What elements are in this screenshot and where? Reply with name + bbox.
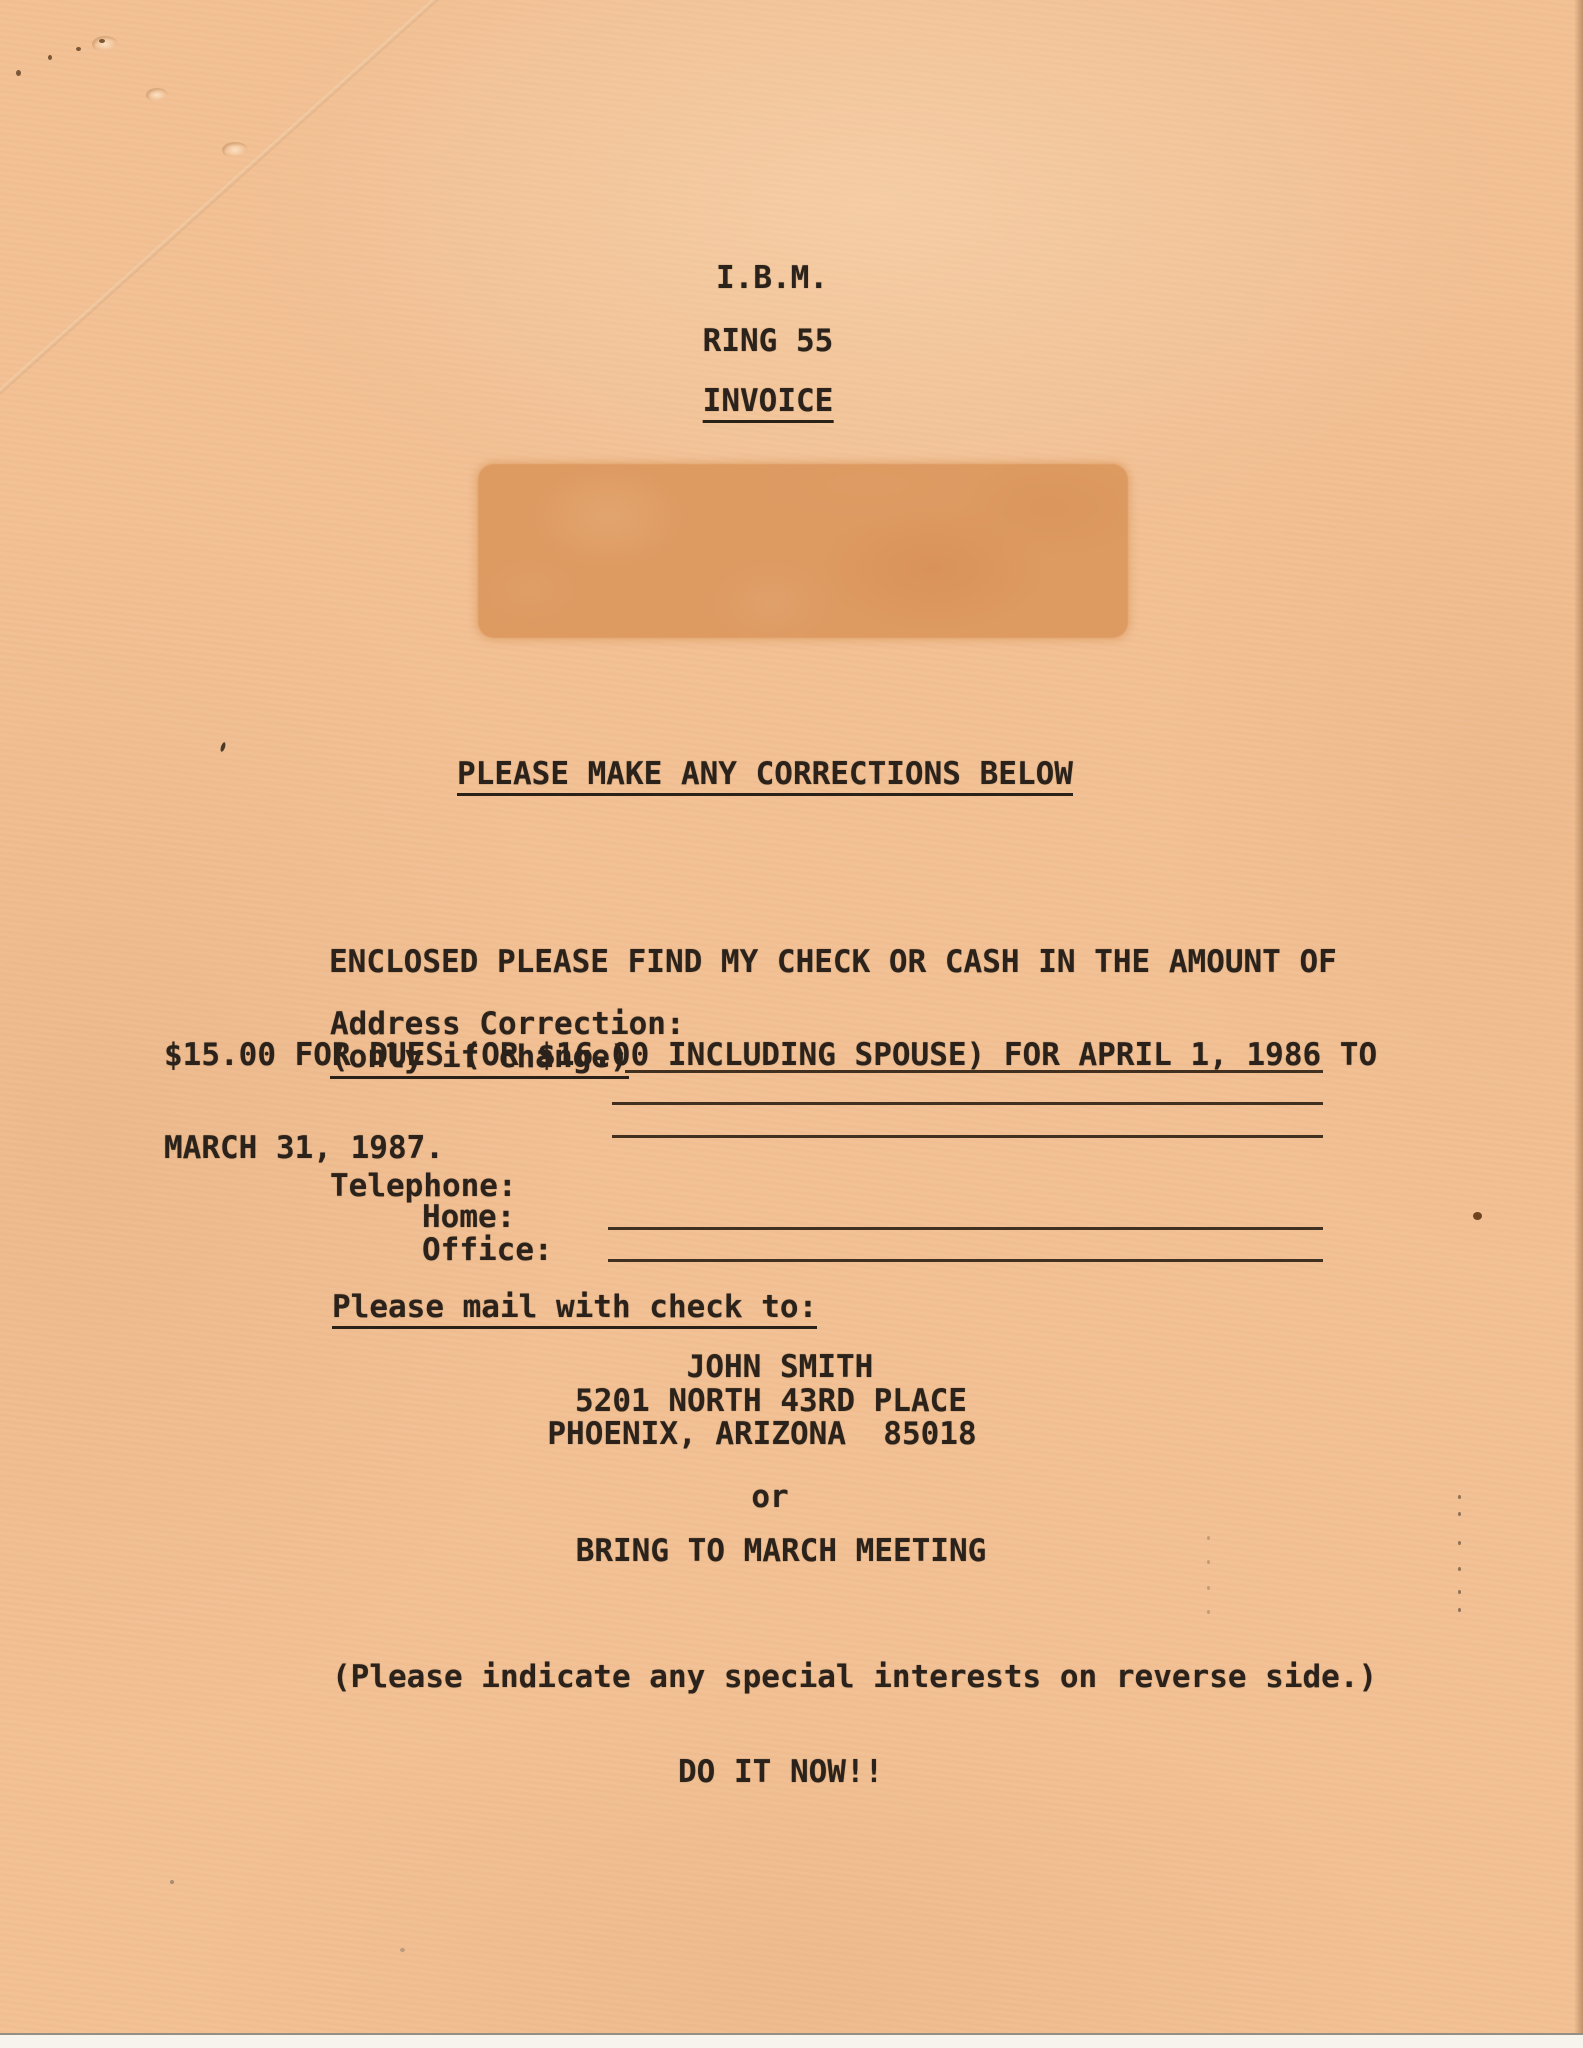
address-write-line-2[interactable] [612, 1102, 1323, 1105]
paper-dent [146, 88, 168, 102]
bring-to-meeting-line: BRING TO MARCH MEETING [576, 1535, 987, 1567]
pen-mark [99, 39, 105, 43]
crease-dotted-line [1458, 1490, 1461, 1620]
pen-mark [48, 55, 52, 60]
paper-dent [222, 142, 248, 158]
address-write-line-1[interactable] [625, 1070, 1323, 1073]
scan-right-edge-shadow [1574, 0, 1583, 2035]
crease-dotted-line-2 [1207, 1533, 1210, 1629]
paper-dent [92, 36, 118, 52]
stray-apostrophe-mark [220, 742, 227, 753]
telephone-office-write-line[interactable] [608, 1259, 1323, 1262]
invoice-page: I.B.M. RING 55 INVOICE PLEASE MAKE ANY C… [0, 0, 1583, 2048]
telephone-home-write-line[interactable] [608, 1227, 1323, 1230]
mail-to-street: 5201 NORTH 43RD PLACE [575, 1385, 967, 1417]
scan-bottom-edge [0, 2033, 1583, 2048]
pen-mark [76, 47, 81, 51]
paper-speck [400, 1948, 405, 1952]
corrections-heading: PLEASE MAKE ANY CORRECTIONS BELOW [457, 758, 1073, 796]
reverse-side-note: (Please indicate any special interests o… [332, 1661, 1377, 1693]
address-correction-label: Address Correction: [330, 1008, 685, 1040]
telephone-home-label: Home: [422, 1201, 515, 1233]
address-correction-sublabel: (only if change) [330, 1041, 629, 1079]
telephone-office-label: Office: [422, 1234, 553, 1266]
pen-mark [16, 70, 21, 76]
document-title: INVOICE [703, 385, 834, 423]
fold-crease [0, 0, 441, 395]
or-separator: or [751, 1481, 788, 1513]
ink-spot [1473, 1212, 1482, 1220]
mail-heading: Please mail with check to: [332, 1291, 817, 1329]
org-name: I.B.M. [716, 262, 828, 294]
telephone-label: Telephone: [330, 1170, 517, 1202]
ring-number: RING 55 [703, 325, 834, 357]
mail-to-city: PHOENIX, ARIZONA 85018 [547, 1418, 976, 1450]
redacted-address-block [478, 464, 1128, 638]
address-write-line-3[interactable] [612, 1135, 1323, 1138]
mail-to-name: JOHN SMITH [687, 1351, 874, 1383]
paper-speck [170, 1880, 174, 1884]
dues-paragraph-line-1: ENCLOSED PLEASE FIND MY CHECK OR CASH IN… [329, 947, 1377, 978]
closing-line: DO IT NOW!! [678, 1756, 883, 1788]
